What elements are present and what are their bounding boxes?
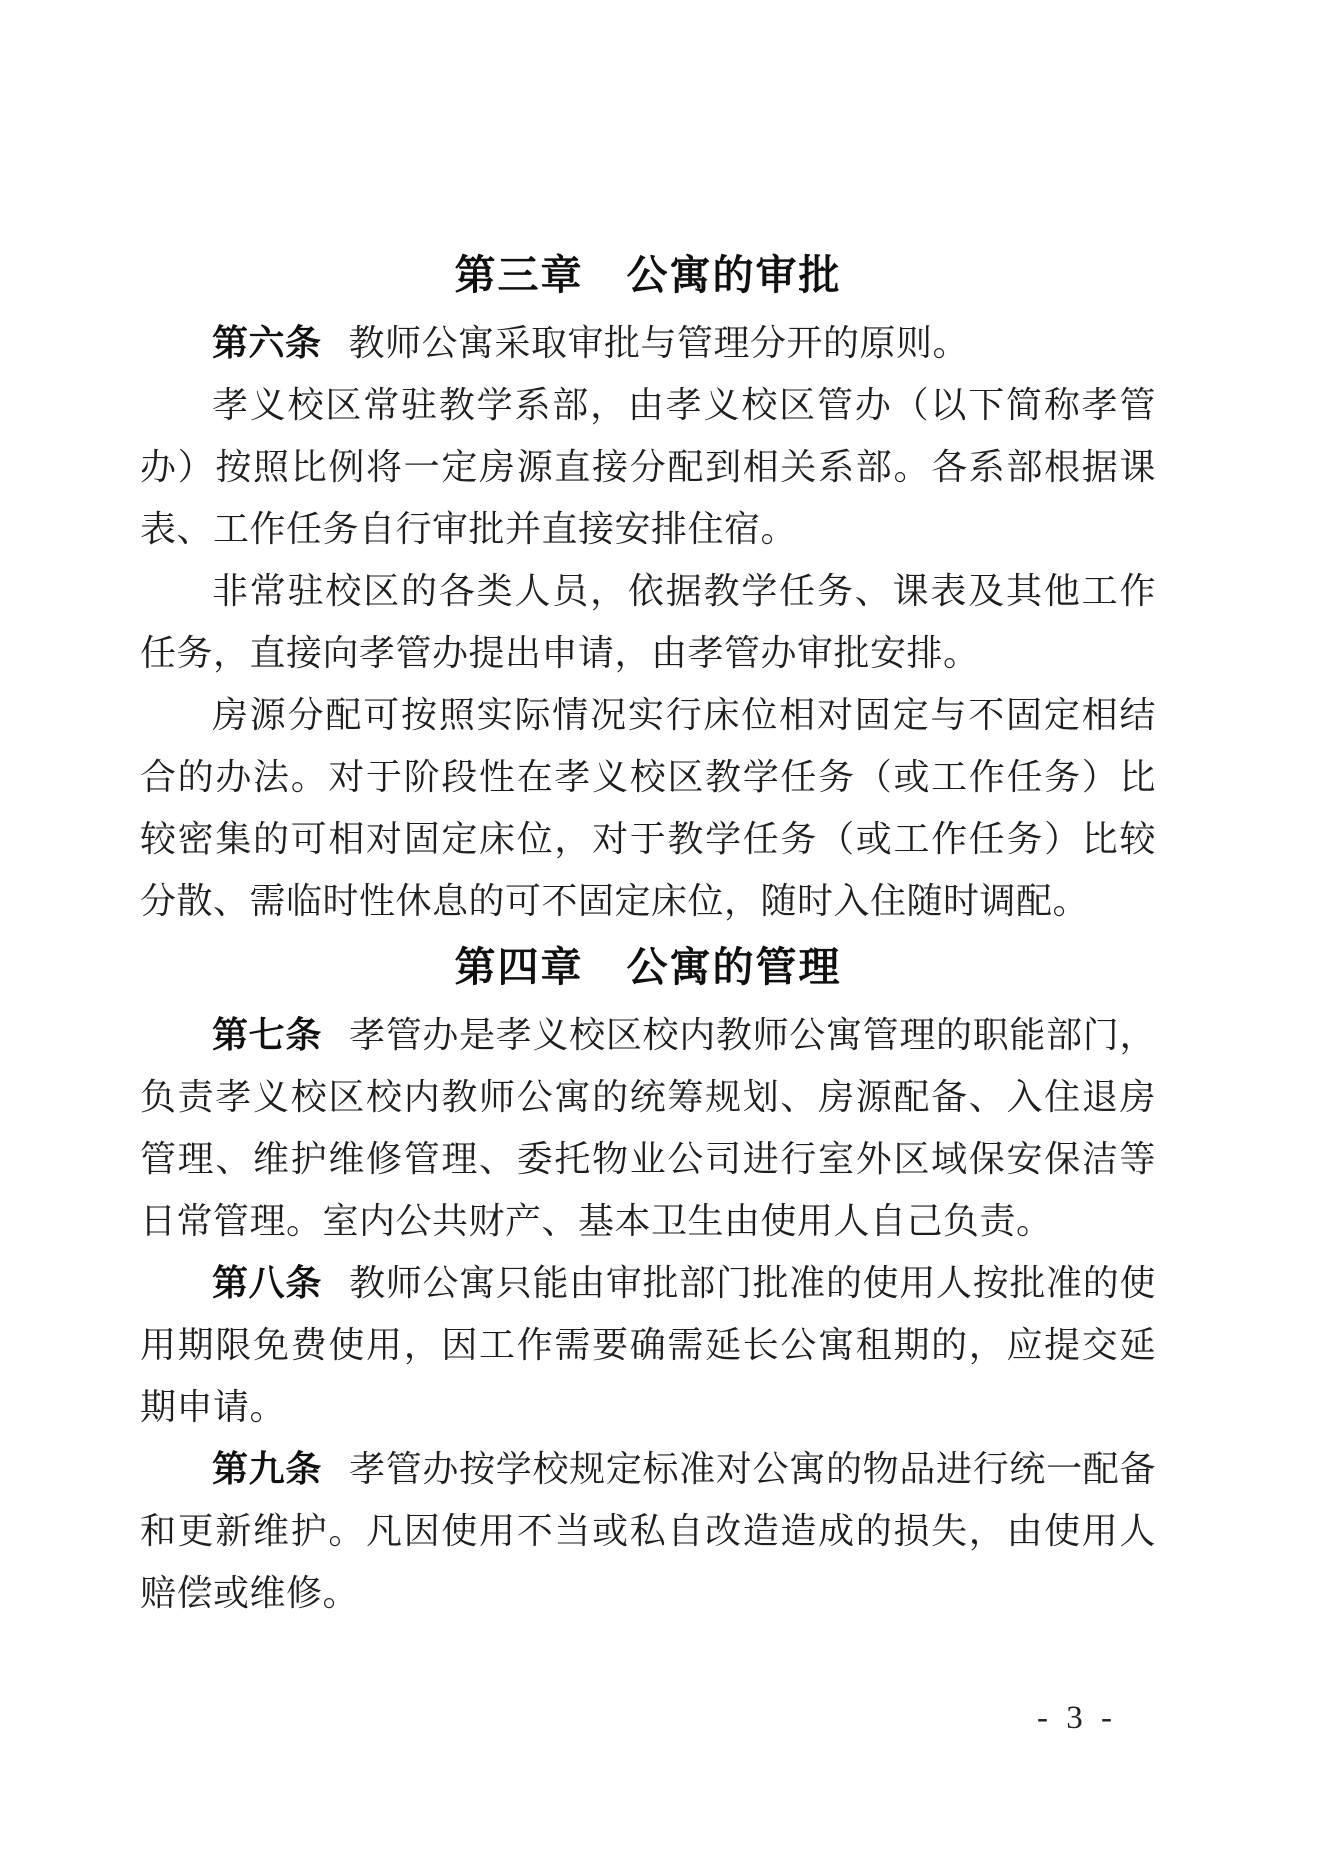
chapter-3-heading: 第三章 公寓的审批: [140, 244, 1156, 306]
article-7-label: 第七条: [212, 1014, 322, 1055]
paragraph-article-8: 第八条教师公寓只能由审批部门批准的使用人按批准的使用期限免费使用，因工作需要确需…: [140, 1252, 1156, 1438]
paragraph-bed-allocation: 房源分配可按照实际情况实行床位相对固定与不固定相结合的办法。对于阶段性在孝义校区…: [140, 684, 1156, 932]
document-content: 第三章 公寓的审批 第六条教师公寓采取审批与管理分开的原则。 孝义校区常驻教学系…: [140, 240, 1156, 1624]
paragraph-resident-departments: 孝义校区常驻教学系部，由孝义校区管办（以下简称孝管办）按照比例将一定房源直接分配…: [140, 374, 1156, 560]
article-9-label: 第九条: [212, 1448, 322, 1489]
article-6-text: 教师公寓采取审批与管理分开的原则。: [349, 323, 970, 363]
chapter-4-heading: 第四章 公寓的管理: [140, 936, 1156, 998]
article-6-label: 第六条: [212, 322, 322, 363]
paragraph-nonresident-personnel: 非常驻校区的各类人员，依据教学任务、课表及其他工作任务，直接向孝管办提出申请，由…: [140, 560, 1156, 684]
article-8-label: 第八条: [212, 1262, 322, 1303]
paragraph-article-9: 第九条孝管办按学校规定标准对公寓的物品进行统一配备和更新维护。凡因使用不当或私自…: [140, 1438, 1156, 1624]
paragraph-article-7: 第七条孝管办是孝义校区校内教师公寓管理的职能部门，负责孝义校区校内教师公寓的统筹…: [140, 1004, 1156, 1252]
paragraph-article-6: 第六条教师公寓采取审批与管理分开的原则。: [140, 312, 1156, 374]
document-page: 第三章 公寓的审批 第六条教师公寓采取审批与管理分开的原则。 孝义校区常驻教学系…: [0, 0, 1322, 1871]
section-chapter-4: 第四章 公寓的管理 第七条孝管办是孝义校区校内教师公寓管理的职能部门，负责孝义校…: [140, 936, 1156, 1624]
section-chapter-3: 第三章 公寓的审批 第六条教师公寓采取审批与管理分开的原则。 孝义校区常驻教学系…: [140, 244, 1156, 932]
page-number: - 3 -: [1037, 1700, 1117, 1737]
